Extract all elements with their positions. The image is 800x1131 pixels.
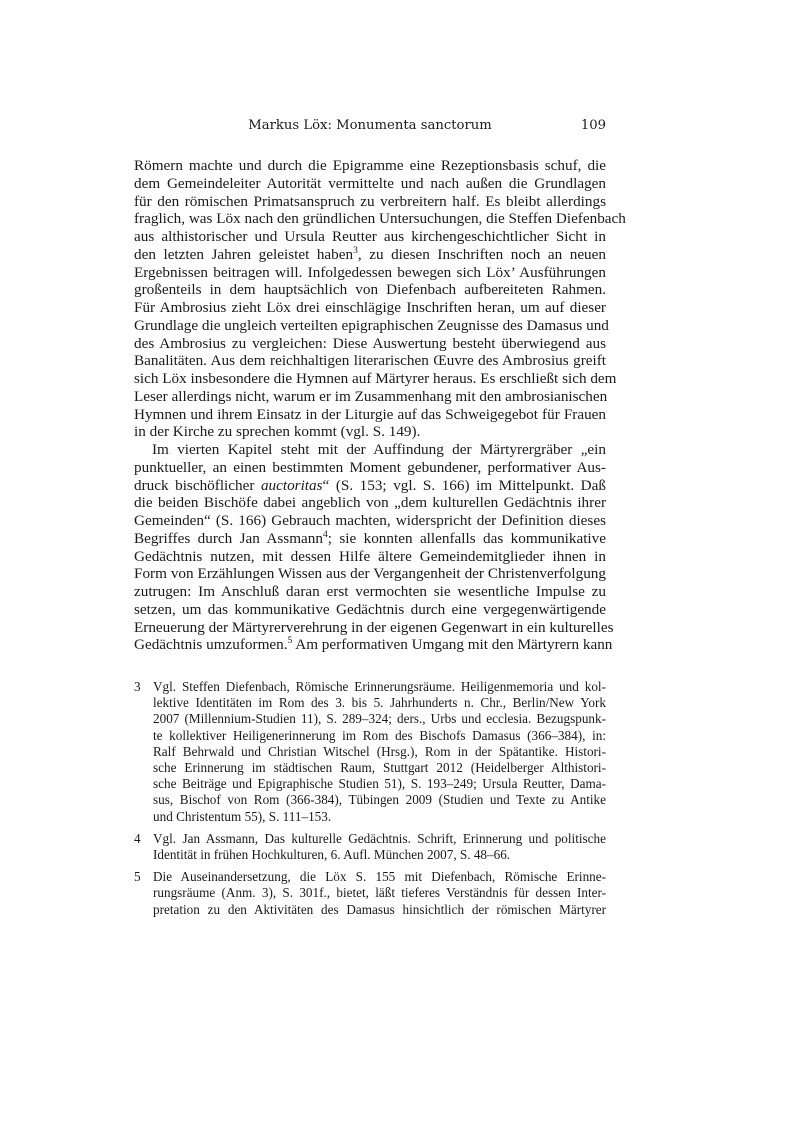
footnote-line: Die Auseinandersetzung, die Löx S. 155 m…	[153, 869, 606, 885]
italic-term: auctoritas	[261, 477, 323, 494]
text-line: des Ambrosius zu vergleichen: Diese Ausw…	[134, 335, 606, 353]
text-line: punktueller, an einen bestimmten Moment …	[134, 459, 606, 477]
text-line: zutrugen: Im Anschluß daran erst vermoch…	[134, 583, 606, 601]
text-line: für den römischen Primatsanspruch zu ver…	[134, 193, 606, 211]
text-line: Gemeinden“ (S. 166) Gebrauch machten, wi…	[134, 512, 606, 530]
text-line: den letzten Jahren geleistet haben3, zu …	[134, 246, 606, 264]
footnote-5: 5 Die Auseinandersetzung, die Löx S. 155…	[134, 869, 606, 918]
running-head: Markus Löx: Monumenta sanctorum 109	[134, 118, 606, 138]
text-segment: druck bischöflicher	[134, 477, 261, 494]
text-line: großenteils in dem hauptsächlich von Die…	[134, 281, 606, 299]
body-text: Römern machte und durch die Epigramme ei…	[134, 157, 606, 654]
footnote-3: 3 Vgl. Steffen Diefenbach, Römische Erin…	[134, 679, 606, 825]
text-line: fraglich, was Löx nach den gründlichen U…	[134, 210, 606, 228]
text-segment: “ (S. 153; vgl. S. 166) im Mittelpunkt. …	[323, 477, 606, 494]
text-line: Hymnen und ihrem Einsatz in der Liturgie…	[134, 406, 606, 424]
footnote-line: Vgl. Steffen Diefenbach, Römische Erinne…	[153, 679, 606, 695]
footnote-line: Ralf Behrwald und Christian Witschel (Hr…	[153, 744, 606, 760]
text-line: Begriffes durch Jan Assmann4; sie konnte…	[134, 530, 606, 548]
page-number: 109	[581, 118, 606, 133]
paragraph-2: Im vierten Kapitel steht mit der Auffind…	[134, 441, 606, 654]
footnote-line: Vgl. Jan Assmann, Das kulturelle Gedächt…	[153, 831, 606, 847]
footnote-4: 4 Vgl. Jan Assmann, Das kulturelle Gedäc…	[134, 831, 606, 863]
text-segment: Am performativen Umgang mit den Märtyrer…	[292, 636, 612, 653]
text-line: Erneuerung der Märtyrerverehrung in der …	[134, 619, 606, 637]
page: Markus Löx: Monumenta sanctorum 109 Röme…	[134, 118, 606, 924]
text-segment: den letzten Jahren geleistet haben	[134, 246, 353, 263]
footnote-number: 3	[134, 679, 141, 695]
text-segment: Begriffes durch Jan Assmann	[134, 530, 323, 547]
footnote-line: 2007 (Millennium-Studien 11), S. 289–324…	[153, 711, 606, 727]
text-line: aus althistorischer und Ursula Reutter a…	[134, 228, 606, 246]
text-line: Gedächtnis nutzen, mit dessen Hilfe älte…	[134, 548, 606, 566]
text-line: Im vierten Kapitel steht mit der Auffind…	[134, 441, 606, 459]
text-segment: , zu diesen Inschriften noch an neuen	[358, 246, 606, 263]
footnote-ref-5[interactable]: 5	[288, 636, 293, 646]
footnote-number: 4	[134, 831, 141, 847]
text-line: setzen, um das kommunikative Gedächtnis …	[134, 601, 606, 619]
footnote-line: Identität in frühen Hochkulturen, 6. Auf…	[153, 847, 606, 863]
text-line: sich Löx insbesondere die Hymnen auf Mär…	[134, 370, 606, 388]
footnote-line: sche Beiträge und Epigraphische Studien …	[153, 776, 606, 792]
footnote-line: pretation zu den Aktivitäten des Damasus…	[153, 902, 606, 918]
text-line: dem Gemeindeleiter Autorität vermittelte…	[134, 175, 606, 193]
text-line: Grundlage die ungleich verteilten epigra…	[134, 317, 606, 335]
footnote-ref-4[interactable]: 4	[323, 530, 328, 540]
text-segment: Gedächtnis umzuformen.	[134, 636, 288, 653]
footnote-line: sus, Bischof von Rom (366-384), Tübingen…	[153, 792, 606, 808]
text-line: Leser allerdings nicht, warum er im Zusa…	[134, 388, 606, 406]
text-line: Gedächtnis umzuformen.5 Am performativen…	[134, 636, 606, 654]
text-line: Für Ambrosius zieht Löx drei einschlägig…	[134, 299, 606, 317]
text-line: Römern machte und durch die Epigramme ei…	[134, 157, 606, 175]
text-line: die beiden Bischöfe dabei angeblich von …	[134, 494, 606, 512]
footnote-line: rungsräume (Anm. 3), S. 301f., bietet, l…	[153, 885, 606, 901]
text-line: in der Kirche zu sprechen kommt (vgl. S.…	[134, 423, 606, 441]
footnote-line: lektive Identitäten im Rom des 3. bis 5.…	[153, 695, 606, 711]
text-line: Form von Erzählungen Wissen aus der Verg…	[134, 565, 606, 583]
text-line: Banalitäten. Aus dem reichhaltigen liter…	[134, 352, 606, 370]
running-head-title: Markus Löx: Monumenta sanctorum	[134, 118, 606, 133]
footnote-number: 5	[134, 869, 141, 885]
footnote-line: und Christentum 55), S. 111–153.	[153, 809, 606, 825]
footnote-line: sche Erinnerung im städtischen Raum, Stu…	[153, 760, 606, 776]
footnote-ref-3[interactable]: 3	[353, 246, 358, 256]
footnotes: 3 Vgl. Steffen Diefenbach, Römische Erin…	[134, 679, 606, 918]
text-line: druck bischöflicher auctoritas“ (S. 153;…	[134, 477, 606, 495]
paragraph-1: Römern machte und durch die Epigramme ei…	[134, 157, 606, 441]
text-line: Ergebnissen beitragen will. Infolgedesse…	[134, 264, 606, 282]
text-segment: ; sie konnten allenfalls das kommunikati…	[328, 530, 606, 547]
footnote-line: te kollektiver Heiligenerinnerung im Rom…	[153, 728, 606, 744]
